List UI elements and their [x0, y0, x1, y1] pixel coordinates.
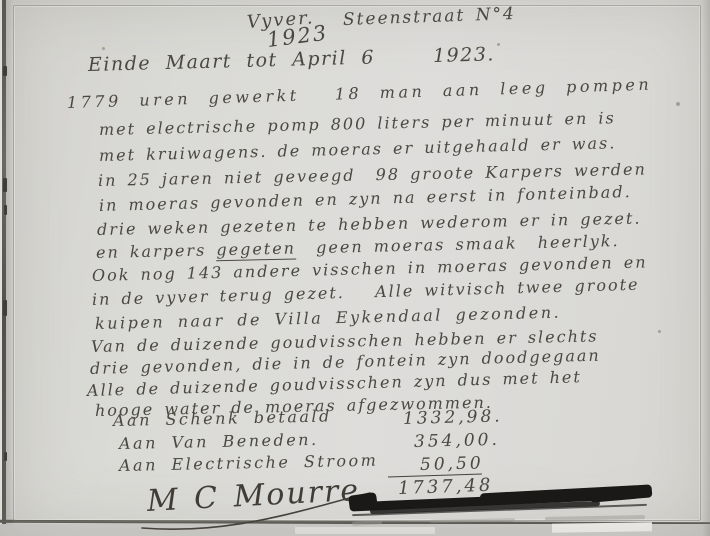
page-right-shade: [702, 0, 710, 536]
under-page-edge: [6, 0, 13, 536]
account-amount: 50,50: [420, 453, 484, 475]
paper-speck: [497, 43, 500, 46]
account-amount: 1332,98.: [403, 406, 503, 429]
paper-speck: [676, 102, 680, 106]
paper-speck: [102, 47, 105, 50]
ledger-page: Vyver. Steenstraat N°4 1923 Einde Maart …: [0, 0, 710, 536]
underlined-word: gegeten: [216, 238, 296, 261]
next-page-sliver: [295, 527, 435, 534]
binding-nick: [4, 205, 7, 215]
account-amount: 354,00.: [414, 430, 500, 452]
next-page-sliver: [552, 522, 652, 532]
binding-nick: [3, 66, 7, 76]
paper-speck: [658, 330, 661, 333]
line-segment: en karpers: [96, 240, 217, 262]
binding-nick: [3, 300, 7, 316]
binding-nick: [3, 178, 7, 192]
binding-nick: [4, 452, 7, 461]
